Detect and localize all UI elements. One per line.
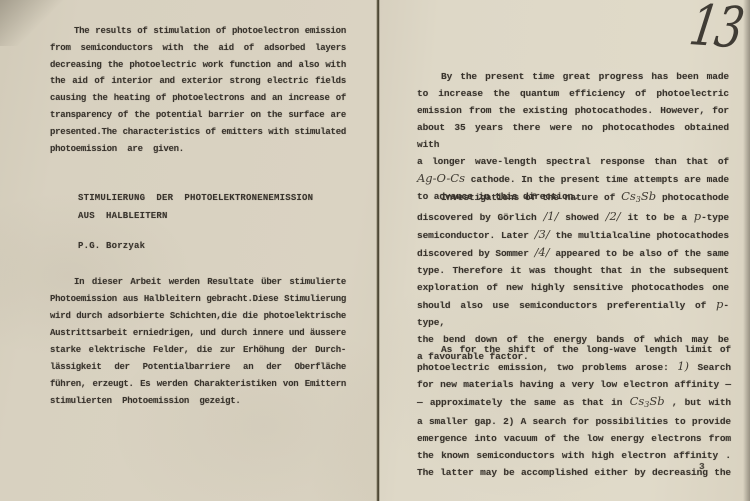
typed-text: Photoemission aus Halbleitern gebracht.D… xyxy=(50,294,346,304)
text-line: — approximately the same as that in Cs3S… xyxy=(417,393,731,413)
typed-text: , but with xyxy=(665,397,731,408)
left-page: The results of stimulation of photoelect… xyxy=(0,0,377,501)
text-line: the aid of interior and exterior strong … xyxy=(50,73,346,90)
title-line-2: AUS HALBLEITERN xyxy=(78,208,313,226)
typed-text: presented.The characteristics of emitter… xyxy=(50,127,346,137)
typed-text: emergence into vacuum of the low energy … xyxy=(417,433,731,444)
body-paragraph-3: As for the shift of the long-wave length… xyxy=(417,341,731,481)
text-line: discovered by Görlich /1/ showed /2/ it … xyxy=(417,208,729,226)
text-line: führen, erzeugt. Es werden Charakteristi… xyxy=(50,376,346,393)
typed-text: to increase the quantum efficiency of ph… xyxy=(417,88,729,99)
text-line: In dieser Arbeit werden Resultate über s… xyxy=(50,274,346,291)
text-line: emergence into vacuum of the low energy … xyxy=(417,430,731,447)
typed-text: causing the heating of photoelectrons an… xyxy=(50,93,346,103)
typed-text: starke elektrische Felder, die zur Erhöh… xyxy=(50,345,346,355)
handwritten-text: /4/ xyxy=(535,245,550,259)
text-line: photoelectric emission, two problems aro… xyxy=(417,358,731,376)
handwritten-text: Sb xyxy=(641,189,656,203)
typed-text: emission from the existing photocathodes… xyxy=(417,105,729,116)
text-line: The results of stimulation of photoelect… xyxy=(50,23,346,40)
typed-text: photocathode xyxy=(656,192,729,203)
text-line: stimulierten Photoemission gezeigt. xyxy=(50,393,346,410)
german-abstract: In dieser Arbeit werden Resultate über s… xyxy=(50,274,346,410)
handwritten-text: p xyxy=(694,209,701,223)
typed-text: lässigkeit der Potentialbarriere an der … xyxy=(50,362,346,372)
handwritten-text: /2/ xyxy=(606,209,621,223)
typed-text: discovered by Sommer xyxy=(417,248,535,259)
handwritten-text: /3/ xyxy=(535,227,550,241)
english-abstract: The results of stimulation of photoelect… xyxy=(50,23,346,157)
text-line: discovered by Sommer /4/ appeared to be … xyxy=(417,244,729,262)
text-line: photoemission are given. xyxy=(50,141,346,158)
text-line: type. Therefore it was thought that in t… xyxy=(417,262,729,279)
typed-text: wird durch adsorbierte Schichten,die die… xyxy=(50,311,346,321)
text-line: wird durch adsorbierte Schichten,die die… xyxy=(50,308,346,325)
typed-text: cathode. In the present time attempts ar… xyxy=(465,174,729,185)
handwritten-text: 1) xyxy=(677,359,689,373)
text-line: Photoemission aus Halbleitern gebracht.D… xyxy=(50,291,346,308)
typed-text: semiconductor. Later xyxy=(417,230,535,241)
typed-text: -type xyxy=(701,212,729,223)
text-line: semiconductor. Later /3/ the multialcali… xyxy=(417,226,729,244)
typed-text: a smaller gap. 2) A search for possibili… xyxy=(417,416,731,427)
text-line: lässigkeit der Potentialbarriere an der … xyxy=(50,359,346,376)
typed-text: it to be a xyxy=(621,212,694,223)
edge-shadow xyxy=(743,0,750,501)
handwritten-text: Ag-O-Cs xyxy=(417,171,465,185)
corner-shadow xyxy=(0,0,72,46)
document-photo: The results of stimulation of photoelect… xyxy=(0,0,750,501)
text-line: a longer wave-length spectral response t… xyxy=(417,153,729,170)
typed-text: for new materials having a very low elec… xyxy=(417,379,731,390)
typed-text: from semiconductors with the aid of adso… xyxy=(50,43,346,53)
page-gutter xyxy=(376,0,380,501)
typed-text: Austrittsarbeit erniedrigen, und durch i… xyxy=(50,328,346,338)
typed-text: about 35 years there were no photocathod… xyxy=(417,122,729,150)
text-line: Austrittsarbeit erniedrigen, und durch i… xyxy=(50,325,346,342)
body-paragraph-1: By the present time great progress has b… xyxy=(417,68,729,205)
text-line: presented.The characteristics of emitter… xyxy=(50,124,346,141)
body-paragraph-2: Investigations of the nature of Cs3Sb ph… xyxy=(417,188,729,365)
typed-text: The results of stimulation of photoelect… xyxy=(74,26,346,36)
text-line: exploration of new highly sensitive phot… xyxy=(417,279,729,296)
typed-text: the multialcaline photocathodes xyxy=(550,230,729,241)
text-line: Ag-O-Cs cathode. In the present time att… xyxy=(417,170,729,188)
typed-text: In dieser Arbeit werden Resultate über s… xyxy=(74,277,346,287)
typed-text: photoemission are given. xyxy=(50,144,184,154)
typed-text: As for the shift of the long-wave length… xyxy=(441,344,731,355)
right-page: 13 By the present time great progress ha… xyxy=(379,0,750,501)
text-line: about 35 years there were no photocathod… xyxy=(417,119,729,153)
typed-text: Investigations of the nature of xyxy=(441,192,621,203)
text-line: transparency of the potential barrier on… xyxy=(50,107,346,124)
typed-text: führen, erzeugt. Es werden Charakteristi… xyxy=(50,379,346,389)
typed-text: The latter may be accomplished either by… xyxy=(417,467,731,478)
text-line: decreasing the photoelectric work functi… xyxy=(50,57,346,74)
text-line: from semiconductors with the aid of adso… xyxy=(50,40,346,57)
typed-text: a longer wave-length spectral response t… xyxy=(417,156,729,167)
typed-text: Search xyxy=(689,362,731,373)
text-line: the known semiconductors with high elect… xyxy=(417,447,731,464)
text-line: to increase the quantum efficiency of ph… xyxy=(417,85,729,102)
typed-text: photoelectric emission, two problems aro… xyxy=(417,362,677,373)
paper-title-german: STIMULIERUNG DER PHOTOELEKTRONENEMISSION… xyxy=(78,190,313,225)
handwritten-text: /1/ xyxy=(543,209,558,223)
text-line: for new materials having a very low elec… xyxy=(417,376,731,393)
text-line: By the present time great progress has b… xyxy=(417,68,729,85)
typed-text: By the present time great progress has b… xyxy=(441,71,729,82)
typed-page-number: 3 xyxy=(699,461,705,472)
typed-text: transparency of the potential barrier on… xyxy=(50,110,346,120)
typed-text: the aid of interior and exterior strong … xyxy=(50,76,346,86)
text-line: a smaller gap. 2) A search for possibili… xyxy=(417,413,731,430)
text-line: Investigations of the nature of Cs3Sb ph… xyxy=(417,188,729,208)
typed-text: — approximately the same as that in xyxy=(417,397,630,408)
typed-text: showed xyxy=(559,212,606,223)
typed-text: appeared to be also of the same xyxy=(550,248,729,259)
text-line: As for the shift of the long-wave length… xyxy=(417,341,731,358)
typed-text: type. Therefore it was thought that in t… xyxy=(417,265,729,276)
text-line: emission from the existing photocathodes… xyxy=(417,102,729,119)
typed-text: decreasing the photoelectric work functi… xyxy=(50,60,346,70)
title-line-1: STIMULIERUNG DER PHOTOELEKTRONENEMISSION xyxy=(78,190,313,208)
handwritten-page-number: 13 xyxy=(686,0,746,57)
typed-text: discovered by Görlich xyxy=(417,212,543,223)
typed-text: the known semiconductors with high elect… xyxy=(417,450,731,461)
typed-text: should also use semiconductors preferent… xyxy=(417,300,716,311)
handwritten-text: Cs xyxy=(621,189,636,203)
typed-text: stimulierten Photoemission gezeigt. xyxy=(50,396,241,406)
text-line: causing the heating of photoelectrons an… xyxy=(50,90,346,107)
author-name: P.G. Borzyak xyxy=(78,241,145,251)
text-line: starke elektrische Felder, die zur Erhöh… xyxy=(50,342,346,359)
text-line: should also use semiconductors preferent… xyxy=(417,296,729,331)
typed-text: exploration of new highly sensitive phot… xyxy=(417,282,729,293)
handwritten-text: Cs xyxy=(630,394,645,408)
text-line: The latter may be accomplished either by… xyxy=(417,464,731,481)
handwritten-text: Sb xyxy=(649,394,664,408)
